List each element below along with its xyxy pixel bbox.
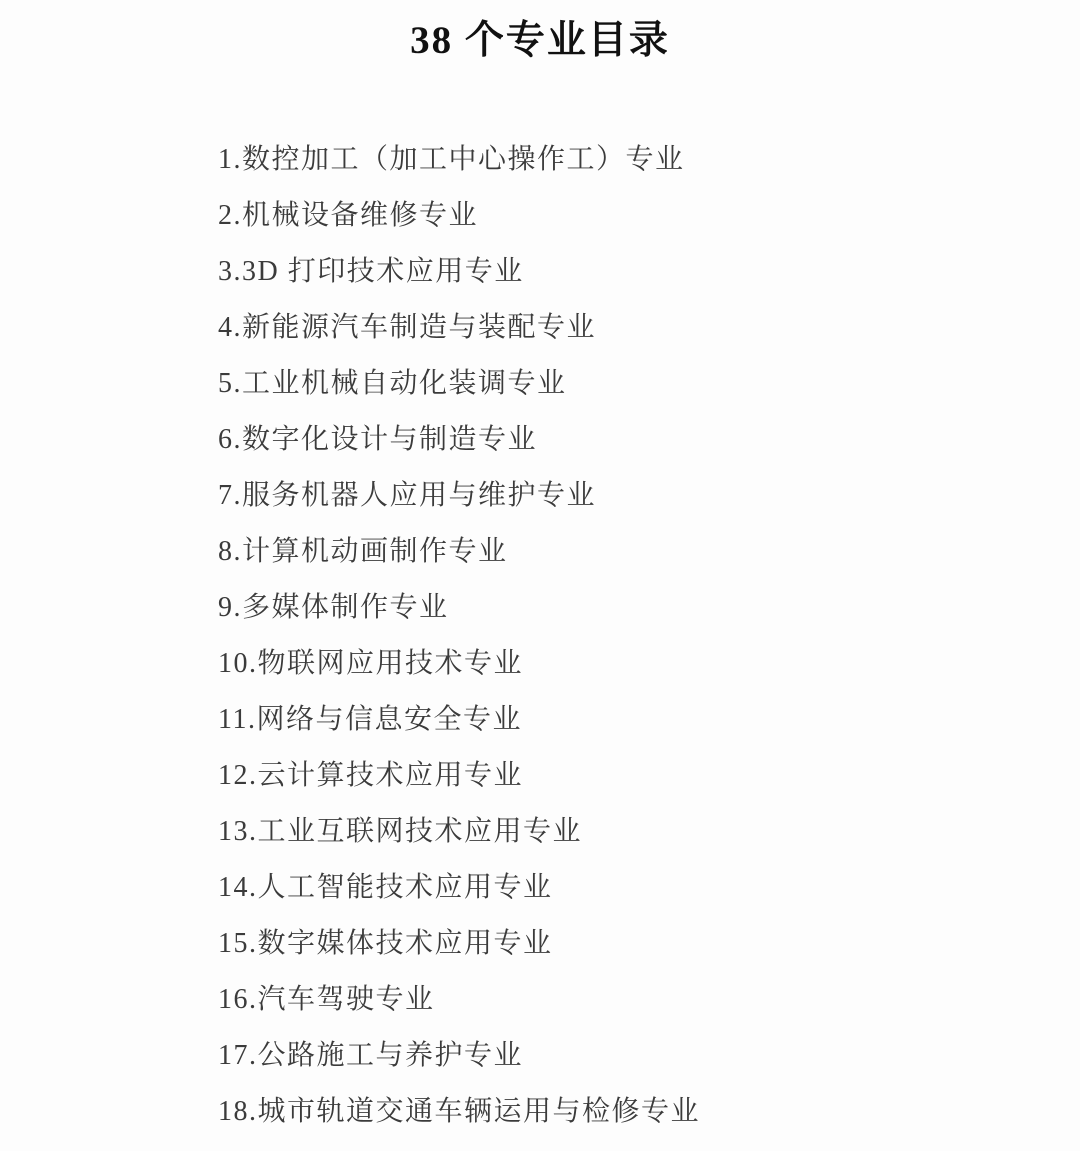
list-item: 17.公路施工与养护专业 (218, 1039, 1020, 1073)
list-item: 14.人工智能技术应用专业 (218, 871, 1020, 905)
list-item: 16.汽车驾驶专业 (218, 983, 1020, 1017)
list-item: 11.网络与信息安全专业 (218, 703, 1020, 737)
list-item: 9.多媒体制作专业 (218, 591, 1020, 625)
list-item: 1.数控加工（加工中心操作工）专业 (218, 143, 1020, 177)
major-list: 1.数控加工（加工中心操作工）专业2.机械设备维修专业3.3D 打印技术应用专业… (218, 143, 1020, 1129)
list-item: 12.云计算技术应用专业 (218, 759, 1020, 793)
list-item: 10.物联网应用技术专业 (218, 647, 1020, 681)
list-item: 6.数字化设计与制造专业 (218, 423, 1020, 457)
list-item: 4.新能源汽车制造与装配专业 (218, 311, 1020, 345)
page-title: 38 个专业目录 (0, 0, 1080, 65)
list-item: 8.计算机动画制作专业 (218, 535, 1020, 569)
list-item: 18.城市轨道交通车辆运用与检修专业 (218, 1095, 1020, 1129)
list-item: 3.3D 打印技术应用专业 (218, 255, 1020, 289)
list-item: 13.工业互联网技术应用专业 (218, 815, 1020, 849)
list-item: 15.数字媒体技术应用专业 (218, 927, 1020, 961)
document-page: 38 个专业目录 1.数控加工（加工中心操作工）专业2.机械设备维修专业3.3D… (0, 0, 1080, 1151)
list-item: 5.工业机械自动化装调专业 (218, 367, 1020, 401)
list-item: 7.服务机器人应用与维护专业 (218, 479, 1020, 513)
list-item: 2.机械设备维修专业 (218, 199, 1020, 233)
